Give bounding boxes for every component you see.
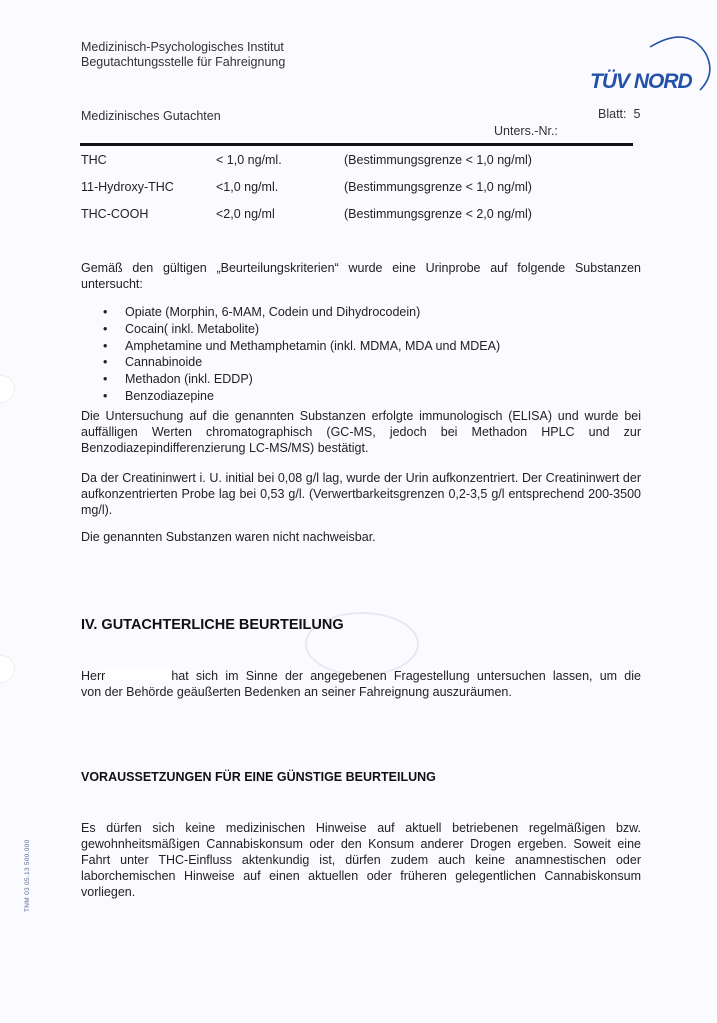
lab-row-substance: THC-COOH <box>81 207 148 221</box>
tuv-nord-logo: TÜV NORD <box>588 32 713 96</box>
lab-row-value: <2,0 ng/ml <box>216 207 275 221</box>
institute-header: Medizinisch-Psychologisches Institut Beg… <box>81 40 285 70</box>
list-item: Cocain( inkl. Metabolite) <box>81 321 641 338</box>
lab-row-value: < 1,0 ng/ml. <box>216 153 282 167</box>
result-paragraph: Die genannten Substanzen waren nicht nac… <box>81 529 641 545</box>
lab-row-value: <1,0 ng/ml. <box>216 180 278 194</box>
list-item: Methadon (inkl. EDDP) <box>81 371 641 388</box>
list-item: Benzodiazepine <box>81 388 641 405</box>
creatinine-paragraph: Da der Creatininwert i. U. initial bei 0… <box>81 470 641 518</box>
preconditions-paragraph: Es dürfen sich keine medizinischen Hinwe… <box>81 820 641 900</box>
list-item: Opiate (Morphin, 6-MAM, Codein und Dihyd… <box>81 304 641 321</box>
sheet-number: Blatt: 5 <box>598 107 640 121</box>
header-divider <box>80 143 633 146</box>
institute-department: Begutachtungsstelle für Fahreignung <box>81 55 285 70</box>
preconditions-title: VORAUSSETZUNGEN FÜR EINE GÜNSTIGE BEURTE… <box>81 770 436 784</box>
urine-test-intro: Gemäß den gültigen „Beurteilungskriterie… <box>81 260 641 292</box>
section-iv-title: IV. GUTACHTERLICHE BEURTEILUNG <box>81 617 344 633</box>
method-paragraph: Die Untersuchung auf die genannten Subst… <box>81 408 641 456</box>
punch-hole <box>0 375 15 403</box>
lab-row-limit: (Bestimmungsgrenze < 1,0 ng/ml) <box>344 180 532 194</box>
lab-row-substance: 11-Hydroxy-THC <box>81 180 174 194</box>
list-item: Amphetamine und Methamphetamin (inkl. MD… <box>81 338 641 355</box>
lab-row-substance: THC <box>81 153 107 167</box>
lab-row-limit: (Bestimmungsgrenze < 2,0 ng/ml) <box>344 207 532 221</box>
lab-row-limit: (Bestimmungsgrenze < 1,0 ng/ml) <box>344 153 532 167</box>
institute-name: Medizinisch-Psychologisches Institut <box>81 40 285 55</box>
redacted-name <box>105 668 171 680</box>
document-type: Medizinisches Gutachten <box>81 109 221 123</box>
form-print-code: TNM 03 05.13 500.000 <box>24 840 31 913</box>
section-iv-paragraph: Herr hat sich im Sinne der angegebenen F… <box>81 668 641 700</box>
exam-number-label: Unters.-Nr.: <box>494 124 558 138</box>
substance-list: Opiate (Morphin, 6-MAM, Codein und Dihyd… <box>81 304 641 405</box>
list-item: Cannabinoide <box>81 354 641 371</box>
punch-hole <box>0 655 15 683</box>
